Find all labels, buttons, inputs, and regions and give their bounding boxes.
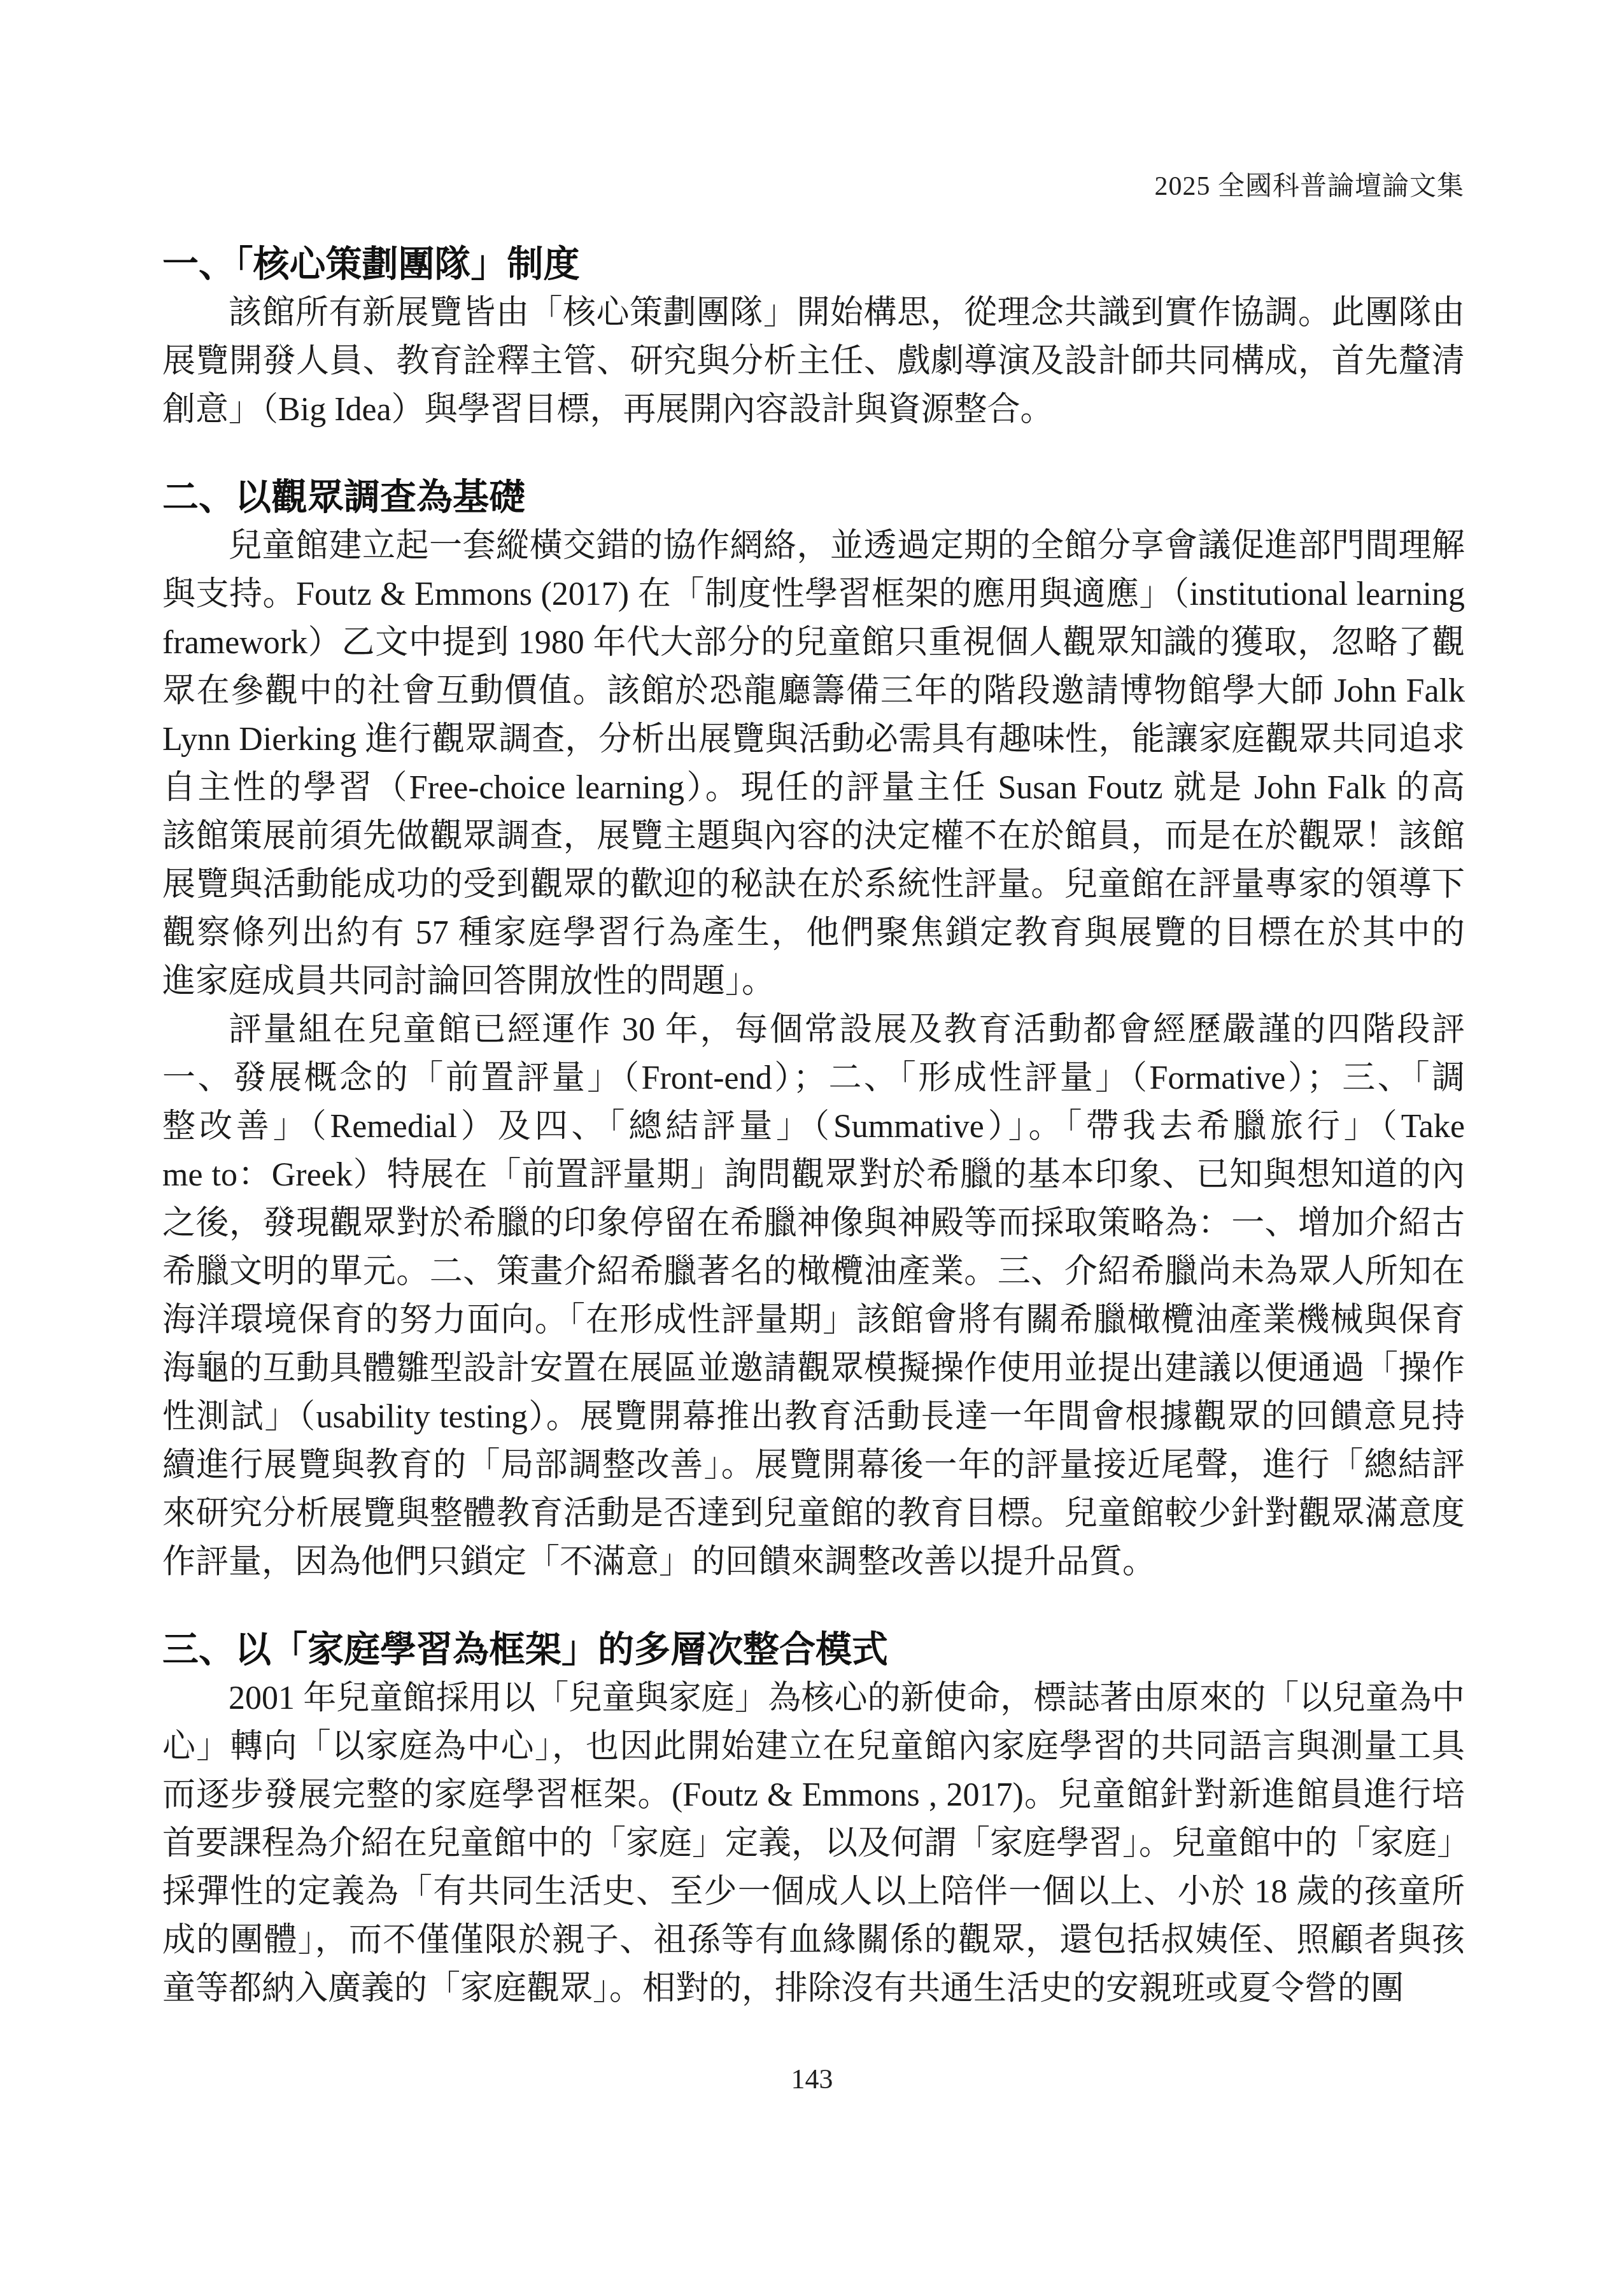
text-line: 作評量，因為他們只鎖定「不滿意」的回饋來調整改善以提升品質。 xyxy=(162,1538,1465,1587)
text-line: 兒童館建立起一套縱橫交錯的協作網絡，並透過定期的全館分享會議促進部門間理解 xyxy=(162,522,1465,570)
text-line: 之後，發現觀眾對於希臘的印象停留在希臘神像與神殿等而採取策略為：一、增加介紹古 xyxy=(162,1199,1465,1248)
text-line: me to：Greek）特展在「前置評量期」詢問觀眾對於希臘的基本印象、已知與想… xyxy=(162,1151,1465,1199)
document-page: 2025 全國科普論壇論文集 一、「核心策劃團隊」制度該館所有新展覽皆由「核心策… xyxy=(0,0,1624,2278)
page-number: 143 xyxy=(0,2063,1624,2097)
text-line: 眾在參觀中的社會互動價值。該館於恐龍廳籌備三年的階段邀請博物館學大師 John … xyxy=(162,667,1465,716)
section-heading: 三、以「家庭學習為框架」的多層次整合模式 xyxy=(162,1626,1465,1674)
text-line: 心」轉向「以家庭為中心」，也因此開始建立在兒童館內家庭學習的共同語言與測量工具 xyxy=(162,1723,1465,1771)
text-line: Lynn Dierking 進行觀眾調查，分析出展覽與活動必需具有趣味性，能讓家… xyxy=(162,716,1465,764)
text-line: 首要課程為介紹在兒童館中的「家庭」定義，以及何謂「家庭學習」。兒童館中的「家庭」 xyxy=(162,1820,1465,1868)
text-line: 整改善」（Remedial）及四、「總結評量」（Summative）」。「帶我去… xyxy=(162,1103,1465,1151)
text-line: 希臘文明的單元。二、策畫介紹希臘著名的橄欖油產業。三、介紹希臘尚未為眾人所知在 xyxy=(162,1248,1465,1296)
text-line: 童等都納入廣義的「家庭觀眾」。相對的，排除沒有共通生活史的安親班或夏令營的團體。 xyxy=(162,1965,1465,2013)
text-line: 與支持。Foutz & Emmons (2017) 在「制度性學習框架的應用與適… xyxy=(162,570,1465,619)
text-line: 該館所有新展覽皆由「核心策劃團隊」開始構思，從理念共識到實作協調。此團隊由 xyxy=(162,289,1465,337)
text-line: 而逐步發展完整的家庭學習框架。(Foutz & Emmons , 2017)。兒… xyxy=(162,1771,1465,1820)
text-line: 觀察條列出約有 57 種家庭學習行為產生，他們聚焦鎖定教育與展覽的目標在於其中的… xyxy=(162,909,1465,958)
paragraph: 兒童館建立起一套縱橫交錯的協作網絡，並透過定期的全館分享會議促進部門間理解與支持… xyxy=(162,522,1465,1006)
text-line: 性測試」（usability testing）。展覽開幕推出教育活動長達一年間會… xyxy=(162,1393,1465,1441)
section: 三、以「家庭學習為框架」的多層次整合模式2001 年兒童館採用以「兒童與家庭」為… xyxy=(162,1626,1465,2013)
text-line: 創意」（Big Idea）與學習目標，再展開內容設計與資源整合。 xyxy=(162,386,1465,434)
text-line: 續進行展覽與教育的「局部調整改善」。展覽開幕後一年的評量接近尾聲，進行「總結評量… xyxy=(162,1441,1465,1490)
text-line: 海洋環境保育的努力面向。「在形成性評量期」該館會將有關希臘橄欖油產業機械與保育 xyxy=(162,1296,1465,1345)
running-header: 2025 全國科普論壇論文集 xyxy=(1154,171,1464,202)
section: 一、「核心策劃團隊」制度該館所有新展覽皆由「核心策劃團隊」開始構思，從理念共識到… xyxy=(162,241,1465,434)
section-heading: 二、以觀眾調查為基礎 xyxy=(162,474,1465,522)
document-body: 一、「核心策劃團隊」制度該館所有新展覽皆由「核心策劃團隊」開始構思，從理念共識到… xyxy=(162,241,1465,2013)
text-line: 自主性的學習（Free-choice learning）。現任的評量主任 Sus… xyxy=(162,764,1465,812)
section: 二、以觀眾調查為基礎兒童館建立起一套縱橫交錯的協作網絡，並透過定期的全館分享會議… xyxy=(162,474,1465,1587)
text-line: 來研究分析展覽與整體教育活動是否達到兒童館的教育目標。兒童館較少針對觀眾滿意度 xyxy=(162,1490,1465,1538)
text-line: 海龜的互動具體雛型設計安置在展區並邀請觀眾模擬操作使用並提出建議以便通過「操作 xyxy=(162,1345,1465,1393)
section-heading: 一、「核心策劃團隊」制度 xyxy=(162,241,1465,289)
paragraph: 2001 年兒童館採用以「兒童與家庭」為核心的新使命，標誌著由原來的「以兒童為中… xyxy=(162,1674,1465,2013)
text-line: 一、發展概念的「前置評量」（Front-end）；二、「形成性評量」（Forma… xyxy=(162,1054,1465,1103)
text-line: 評量組在兒童館已經運作 30 年，每個常設展及教育活動都會經歷嚴謹的四階段評量： xyxy=(162,1006,1465,1054)
text-line: 該館策展前須先做觀眾調查，展覽主題與內容的決定權不在於館員，而是在於觀眾！該館 xyxy=(162,812,1465,861)
text-line: framework）乙文中提到 1980 年代大部分的兒童館只重視個人觀眾知識的… xyxy=(162,619,1465,667)
text-line: 展覽開發人員、教育詮釋主管、研究與分析主任、戲劇導演及設計師共同構成，首先釐清「… xyxy=(162,337,1465,386)
paragraph: 該館所有新展覽皆由「核心策劃團隊」開始構思，從理念共識到實作協調。此團隊由展覽開… xyxy=(162,289,1465,434)
text-line: 進家庭成員共同討論回答開放性的問題」。 xyxy=(162,958,1465,1006)
text-line: 展覽與活動能成功的受到觀眾的歡迎的秘訣在於系統性評量。兒童館在評量專家的領導下 xyxy=(162,861,1465,909)
text-line: 2001 年兒童館採用以「兒童與家庭」為核心的新使命，標誌著由原來的「以兒童為中 xyxy=(162,1674,1465,1723)
text-line: 成的團體」，而不僅僅限於親子、祖孫等有血緣關係的觀眾，還包括叔姨侄、照顧者與孩 xyxy=(162,1916,1465,1965)
text-line: 採彈性的定義為「有共同生活史、至少一個成人以上陪伴一個以上、小於 18 歲的孩童… xyxy=(162,1868,1465,1916)
paragraph: 評量組在兒童館已經運作 30 年，每個常設展及教育活動都會經歷嚴謹的四階段評量：… xyxy=(162,1006,1465,1587)
